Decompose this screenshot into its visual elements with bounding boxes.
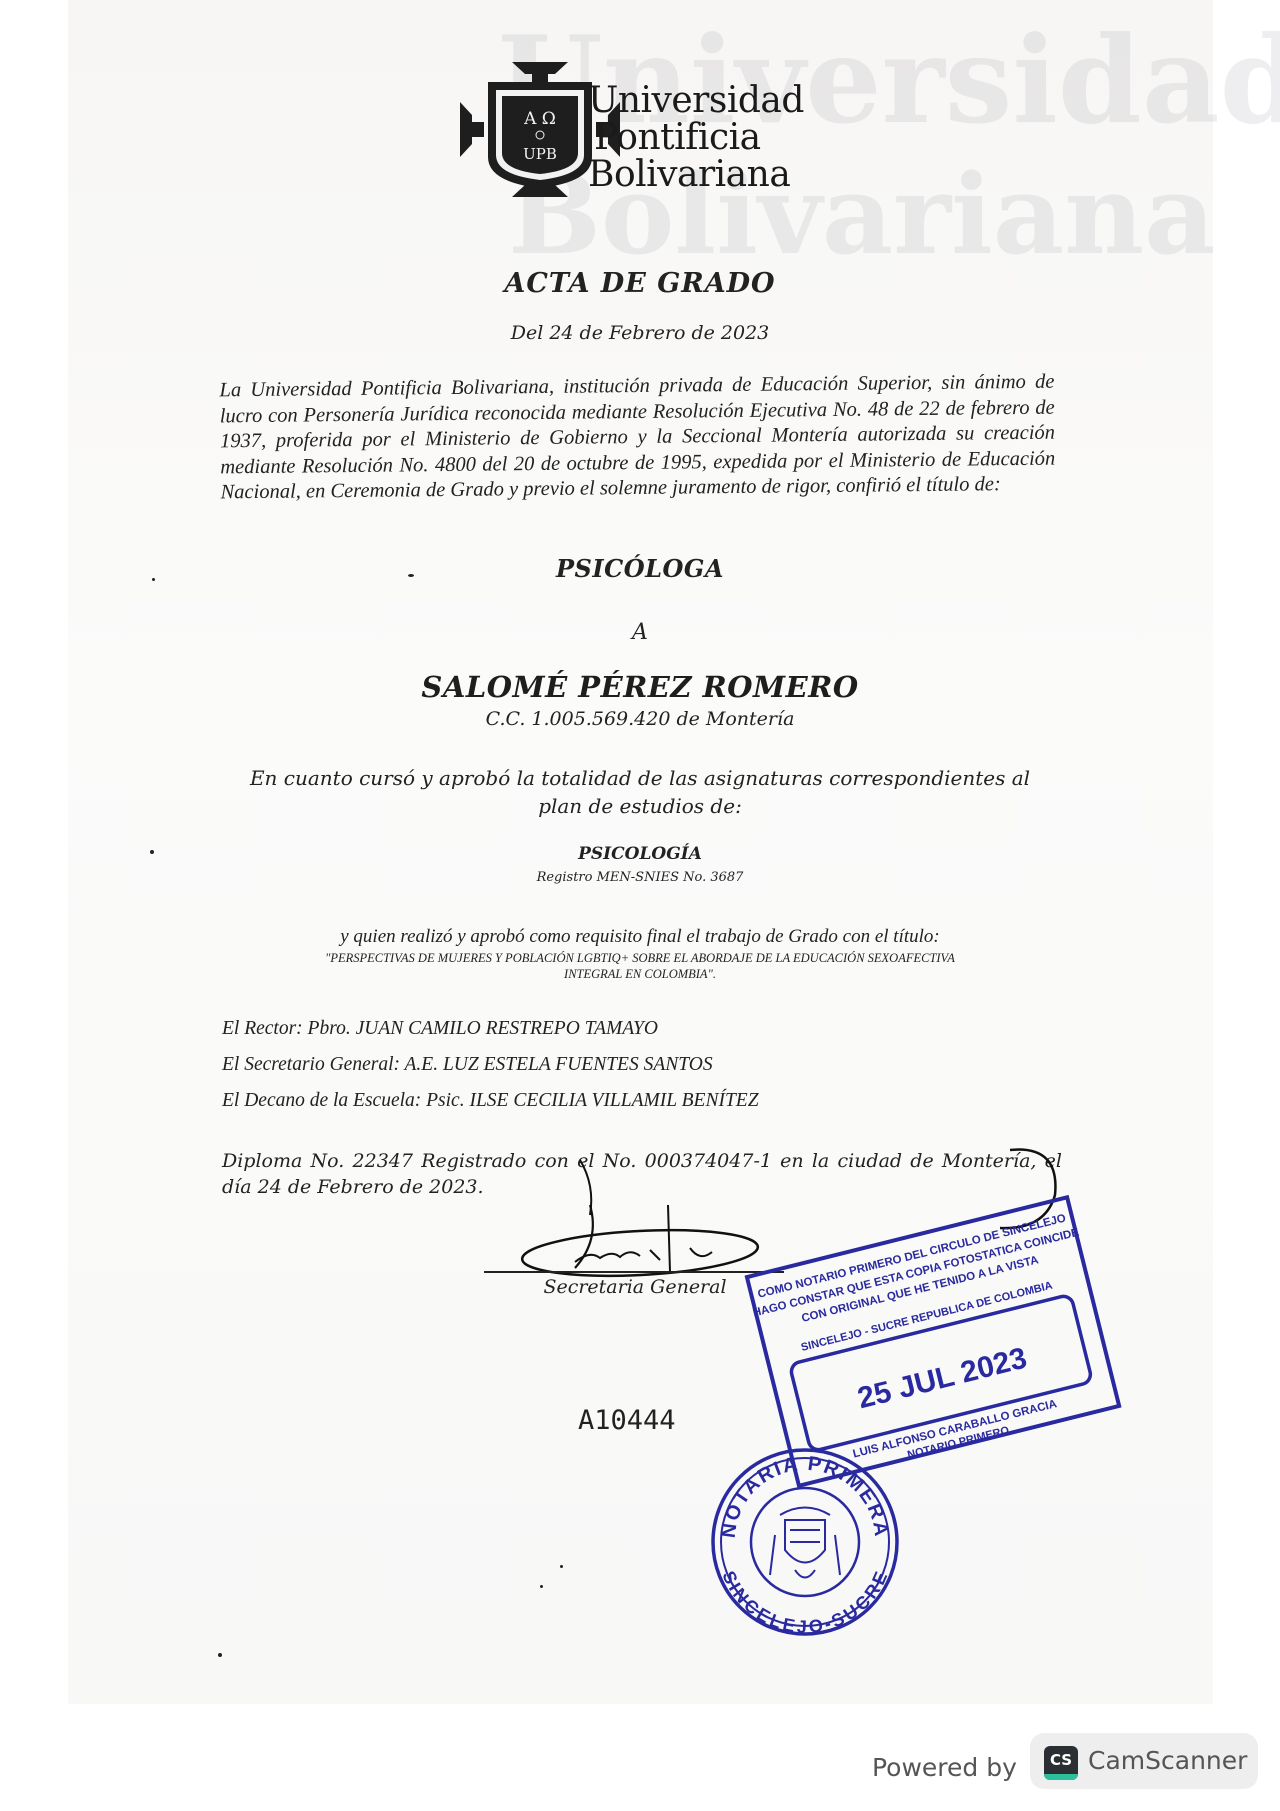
graduate-id: C.C. 1.005.569.420 de Montería xyxy=(0,708,1280,730)
diploma-registration-statement: Diploma No. 22347 Registrado con el No. … xyxy=(222,1148,1062,1200)
svg-text:Α Ω: Α Ω xyxy=(523,109,556,129)
scan-speck xyxy=(152,578,155,581)
study-statement-line-1: En cuanto cursó y aprobó la totalidad de… xyxy=(0,766,1280,790)
university-name-line-3: Bolivariana xyxy=(588,156,804,193)
university-name-line-2: Pontificia xyxy=(588,119,804,156)
signature-role: Secretaria General xyxy=(0,1276,1270,1298)
graduate-name: SALOMÉ PÉREZ ROMERO xyxy=(0,670,1280,704)
serial-number: A10444 xyxy=(578,1405,676,1436)
powered-by-label: Powered by xyxy=(872,1753,1017,1782)
scan-speck xyxy=(218,1653,222,1657)
thesis-intro: y quien realizó y aprobó como requisito … xyxy=(0,926,1280,948)
officer-rector: El Rector: Pbro. JUAN CAMILO RESTREPO TA… xyxy=(222,1018,759,1054)
scan-speck xyxy=(408,574,414,577)
university-name-line-1: Universidad xyxy=(588,82,804,119)
program-name: PSICOLOGÍA xyxy=(0,844,1280,864)
document-title: ACTA DE GRADO xyxy=(0,268,1280,299)
conferred-to-label: A xyxy=(0,620,1280,645)
document-date: Del 24 de Febrero de 2023 xyxy=(0,322,1280,344)
officers-list: El Rector: Pbro. JUAN CAMILO RESTREPO TA… xyxy=(222,1018,759,1126)
scan-speck xyxy=(150,850,154,854)
study-statement-line-2: plan de estudios de: xyxy=(0,794,1280,818)
svg-text:UPB: UPB xyxy=(523,145,557,163)
thesis-title-line-2: INTEGRAL EN COLOMBIA". xyxy=(0,967,1280,982)
camscanner-app-name: CamScanner xyxy=(1088,1746,1247,1775)
university-name-logotype: Universidad Pontificia Bolivariana xyxy=(588,82,804,193)
camscanner-badge: CS CamScanner xyxy=(1030,1733,1258,1789)
degree-title: PSICÓLOGA xyxy=(0,554,1280,583)
signature-line xyxy=(484,1271,784,1273)
officer-dean: El Decano de la Escuela: Psic. ILSE CECI… xyxy=(222,1090,759,1126)
program-registry: Registro MEN-SNIES No. 3687 xyxy=(0,870,1280,885)
camscanner-logo-icon: CS xyxy=(1044,1746,1078,1780)
thesis-title-line-1: "PERSPECTIVAS DE MUJERES Y POBLACIÓN LGB… xyxy=(0,951,1280,966)
preamble-paragraph: La Universidad Pontificia Bolivariana, i… xyxy=(219,370,1055,506)
officer-secretary-general: El Secretario General: A.E. LUZ ESTELA F… xyxy=(222,1054,759,1090)
scan-speck xyxy=(540,1585,543,1588)
scan-speck xyxy=(560,1565,563,1568)
